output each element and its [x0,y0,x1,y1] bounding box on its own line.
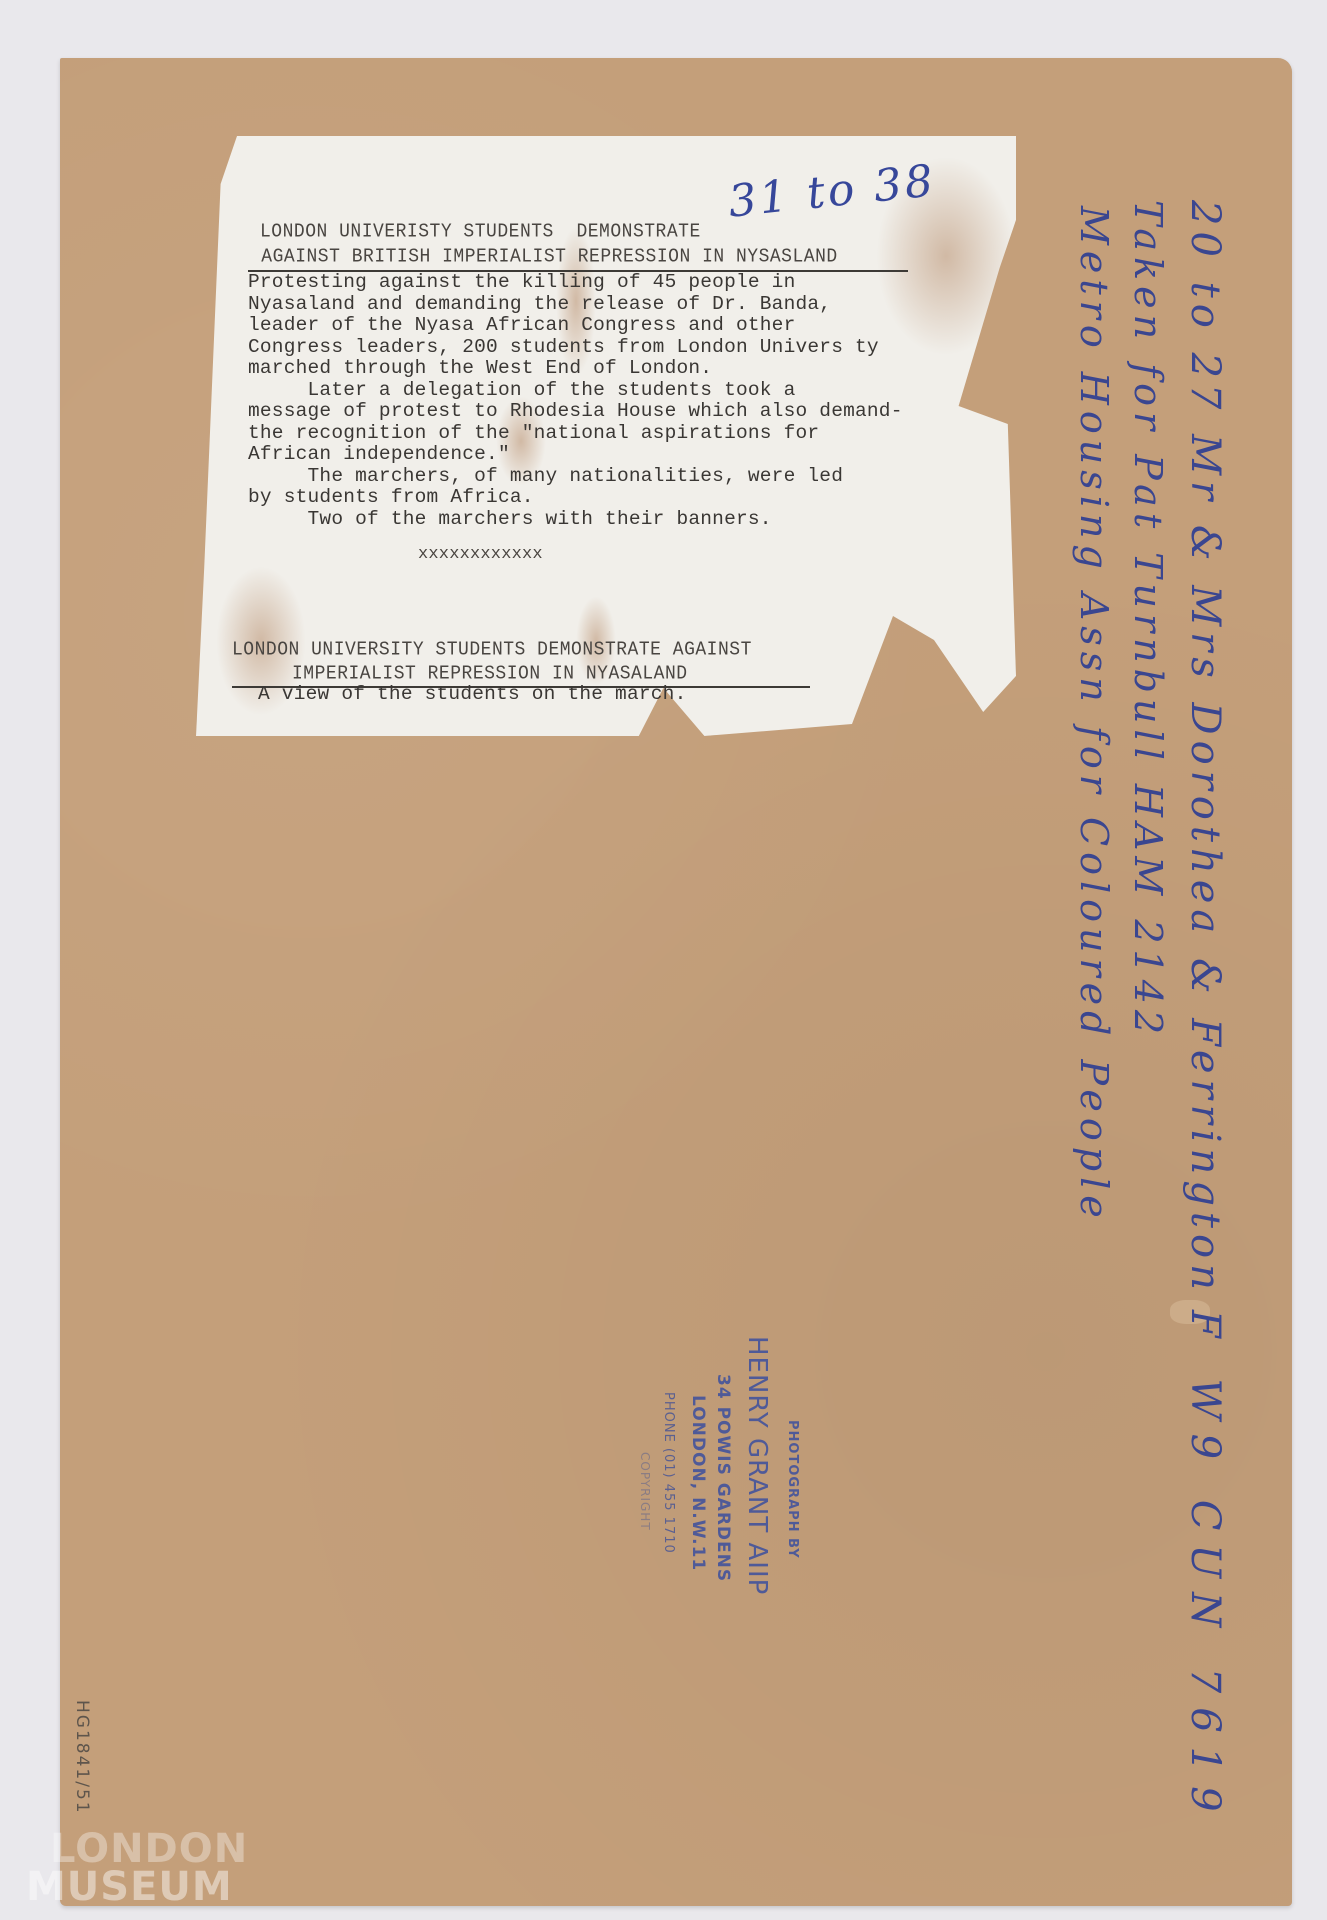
watermark-museum: MUSEUM [26,1864,233,1910]
body-line: marched through the West End of London. [248,357,712,379]
handwritten-note-line1: 20 to 27 Mr & Mrs Dorothea & Ferrington [1182,200,1228,1296]
body-line: African independence." [248,443,510,465]
stamp-address: 34 POWIS GARDENS [713,1374,733,1582]
body-line: Two of the marchers with their banners. [248,508,772,530]
body-line: Nyasaland and demanding the release of D… [248,293,831,315]
caption1-body: Protesting against the killing of 45 peo… [248,272,903,530]
caption1-headline-line2: AGAINST BRITISH IMPERIALIST REPRESSION I… [250,246,838,268]
stamp-phone: PHONE (01) 455 1710 [661,1392,676,1554]
stamp-city: LONDON, N.W.11 [688,1395,708,1571]
handwritten-note-line4: F W9 CUN 7619 [1182,1310,1228,1826]
handwritten-note-line3: Metro Housing Assn for Coloured People [1072,206,1116,1224]
handwritten-note-line2: Taken for Pat Turnbull HAM 2142 [1126,200,1170,1040]
inventory-number: HG1841/51 [72,1700,92,1815]
strikeout-text: xxxxxxxxxxxx [418,544,543,566]
body-line: The marchers, of many nationalities, wer… [248,465,843,487]
stamp-copyright: COPYRIGHT [638,1452,652,1531]
caption2-headline-line2: IMPERIALIST REPRESSION IN NYASALAND [292,663,688,685]
body-line: message of protest to Rhodesia House whi… [248,400,903,422]
body-line: Congress leaders, 200 students from Lond… [248,336,879,358]
body-line: Later a delegation of the students took … [248,379,796,401]
stamp-photograph-by: PHOTOGRAPH BY [785,1420,800,1559]
body-line: the recognition of the "national aspirat… [248,422,819,444]
caption2-headline-line1: LONDON UNIVERSITY STUDENTS DEMONSTRATE A… [232,639,752,661]
caption1-headline-line1: LONDON UNIVERISTY STUDENTS DEMONSTRATE [260,221,701,243]
stamp-photographer-name: HENRY GRANT AIIP [742,1336,772,1595]
body-line: by students from Africa. [248,486,534,508]
body-line: leader of the Nyasa African Congress and… [248,314,796,336]
body-line: Protesting against the killing of 45 peo… [248,271,796,293]
caption2-body: A view of the students on the march. [258,684,686,706]
